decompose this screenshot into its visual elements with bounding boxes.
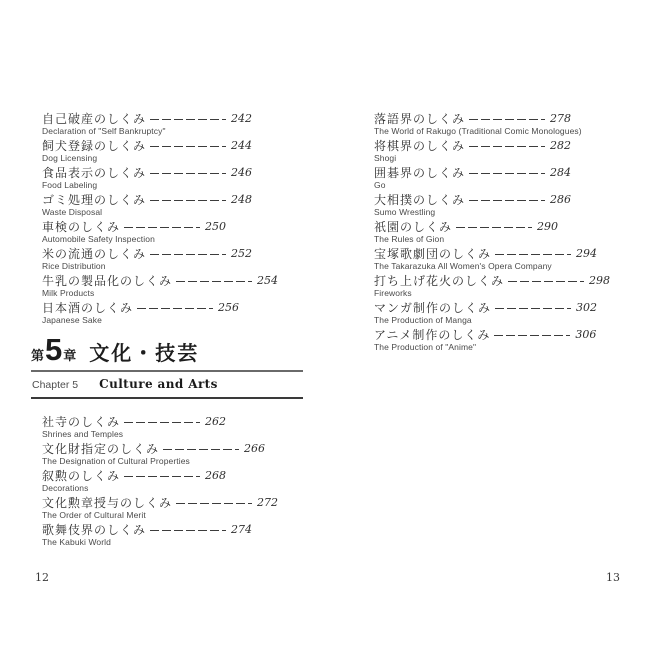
dash-leader	[469, 119, 545, 120]
entry-page-number: 254	[257, 274, 278, 287]
toc-entry: 米の流通のしくみ 252 Rice Distribution	[42, 246, 310, 271]
toc-entry: 牛乳の製品化のしくみ 254 Milk Products	[42, 273, 310, 298]
entry-page-number: 306	[575, 328, 596, 341]
entry-title-ja: 自己破産のしくみ	[42, 110, 146, 127]
toc-entry-line: 文化勲章授与のしくみ 272	[42, 495, 310, 510]
toc-entry: アニメ制作のしくみ 306 The Production of "Anime"	[374, 327, 642, 352]
entry-page-number: 256	[218, 301, 239, 314]
entry-subtitle-en: The Rules of Gion	[374, 234, 642, 244]
dash-leader	[137, 308, 213, 309]
entry-page-number: 278	[550, 112, 571, 125]
toc-entry: 祇園のしくみ 290 The Rules of Gion	[374, 219, 642, 244]
entry-subtitle-en: The Production of "Anime"	[374, 342, 642, 352]
entry-subtitle-en: Fireworks	[374, 288, 642, 298]
entry-subtitle-en: The Order of Cultural Merit	[42, 510, 310, 520]
entry-page-number: 244	[231, 139, 252, 152]
entry-title-ja: 大相撲のしくみ	[374, 191, 465, 208]
dash-leader	[150, 146, 226, 147]
toc-section-left-top: 自己破産のしくみ 242 Declaration of "Self Bankru…	[42, 111, 310, 327]
entry-page-number: 290	[537, 220, 558, 233]
entry-title-ja: マンガ制作のしくみ	[374, 299, 491, 316]
toc-entry: 大相撲のしくみ 286 Sumo Wrestling	[374, 192, 642, 217]
dash-leader	[469, 173, 545, 174]
entry-page-number: 262	[205, 415, 226, 428]
chapter-title-en: Culture and Arts	[99, 377, 218, 391]
toc-entry: 食品表示のしくみ 246 Food Labeling	[42, 165, 310, 190]
toc-entry: 宝塚歌劇団のしくみ 294 The Takarazuka All Women's…	[374, 246, 642, 271]
dash-leader	[508, 281, 584, 282]
toc-entry-line: マンガ制作のしくみ 302	[374, 300, 642, 315]
chapter-subtitle-row: Chapter 5 Culture and Arts	[31, 372, 303, 397]
toc-entry: ゴミ処理のしくみ 248 Waste Disposal	[42, 192, 310, 217]
entry-subtitle-en: The Designation of Cultural Properties	[42, 456, 310, 466]
entry-page-number: 272	[257, 496, 278, 509]
chapter-number: 5	[45, 334, 62, 365]
entry-title-ja: 囲碁界のしくみ	[374, 164, 465, 181]
entry-title-ja: 食品表示のしくみ	[42, 164, 146, 181]
toc-entry-line: 牛乳の製品化のしくみ 254	[42, 273, 310, 288]
entry-page-number: 274	[231, 523, 252, 536]
dash-leader	[150, 530, 226, 531]
toc-entry-line: 日本酒のしくみ 256	[42, 300, 310, 315]
entry-subtitle-en: Sumo Wrestling	[374, 207, 642, 217]
entry-page-number: 286	[550, 193, 571, 206]
entry-subtitle-en: Shogi	[374, 153, 642, 163]
entry-page-number: 250	[205, 220, 226, 233]
toc-entry-line: 米の流通のしくみ 252	[42, 246, 310, 261]
chapter-title-ja-row: 第 5 章 文化・技芸	[31, 334, 303, 370]
dash-leader	[124, 227, 200, 228]
toc-entry-line: 将棋界のしくみ 282	[374, 138, 642, 153]
toc-entry: 落語界のしくみ 278 The World of Rakugo (Traditi…	[374, 111, 642, 136]
entry-subtitle-en: Automobile Safety Inspection	[42, 234, 310, 244]
entry-page-number: 268	[205, 469, 226, 482]
toc-entry-line: 落語界のしくみ 278	[374, 111, 642, 126]
toc-entry: 飼犬登録のしくみ 244 Dog Licensing	[42, 138, 310, 163]
dash-leader	[150, 254, 226, 255]
entry-title-ja: 社寺のしくみ	[42, 413, 120, 430]
dash-leader	[124, 476, 200, 477]
entry-subtitle-en: Dog Licensing	[42, 153, 310, 163]
entry-page-number: 282	[550, 139, 571, 152]
toc-entry: 文化財指定のしくみ 266 The Designation of Cultura…	[42, 441, 310, 466]
entry-page-number: 302	[576, 301, 597, 314]
toc-entry-line: ゴミ処理のしくみ 248	[42, 192, 310, 207]
entry-subtitle-en: Rice Distribution	[42, 261, 310, 271]
toc-entry-line: 食品表示のしくみ 246	[42, 165, 310, 180]
book-toc-spread: 自己破産のしくみ 242 Declaration of "Self Bankru…	[0, 0, 650, 650]
toc-entry-line: 宝塚歌劇団のしくみ 294	[374, 246, 642, 261]
toc-entry-line: 囲碁界のしくみ 284	[374, 165, 642, 180]
toc-section-left-bottom: 社寺のしくみ 262 Shrines and Temples 文化財指定のしくみ…	[42, 414, 310, 549]
entry-subtitle-en: Japanese Sake	[42, 315, 310, 325]
toc-entry: 打ち上げ花火のしくみ 298 Fireworks	[374, 273, 642, 298]
toc-entry: 文化勲章授与のしくみ 272 The Order of Cultural Mer…	[42, 495, 310, 520]
toc-entry: 歌舞伎界のしくみ 274 The Kabuki World	[42, 522, 310, 547]
page-number-right: 13	[606, 571, 620, 584]
toc-entry-line: 車検のしくみ 250	[42, 219, 310, 234]
entry-subtitle-en: Milk Products	[42, 288, 310, 298]
chapter-label-en: Chapter 5	[32, 379, 78, 391]
toc-entry-line: 飼犬登録のしくみ 244	[42, 138, 310, 153]
toc-entry-line: 社寺のしくみ 262	[42, 414, 310, 429]
dash-leader	[124, 422, 200, 423]
entry-subtitle-en: The Kabuki World	[42, 537, 310, 547]
toc-section-right: 落語界のしくみ 278 The World of Rakugo (Traditi…	[374, 111, 642, 354]
toc-entry-line: 祇園のしくみ 290	[374, 219, 642, 234]
entry-title-ja: 打ち上げ花火のしくみ	[374, 272, 504, 289]
toc-entry-line: アニメ制作のしくみ 306	[374, 327, 642, 342]
entry-subtitle-en: Waste Disposal	[42, 207, 310, 217]
toc-entry: 将棋界のしくみ 282 Shogi	[374, 138, 642, 163]
chapter-title-text: 文化・技芸	[89, 337, 199, 366]
entry-subtitle-en: The Production of Manga	[374, 315, 642, 325]
toc-entry: マンガ制作のしくみ 302 The Production of Manga	[374, 300, 642, 325]
entry-page-number: 294	[576, 247, 597, 260]
entry-title-ja: 車検のしくみ	[42, 218, 120, 235]
entry-title-ja: 米の流通のしくみ	[42, 245, 146, 262]
dash-leader	[163, 449, 239, 450]
entry-subtitle-en: Decorations	[42, 483, 310, 493]
toc-entry-line: 歌舞伎界のしくみ 274	[42, 522, 310, 537]
dash-leader	[176, 503, 252, 504]
entry-title-ja: 牛乳の製品化のしくみ	[42, 272, 172, 289]
entry-title-ja: アニメ制作のしくみ	[374, 326, 490, 343]
chapter-suffix: 章	[63, 345, 76, 364]
dash-leader	[469, 146, 545, 147]
toc-entry: 囲碁界のしくみ 284 Go	[374, 165, 642, 190]
entry-title-ja: 飼犬登録のしくみ	[42, 137, 146, 154]
entry-title-ja: 文化財指定のしくみ	[42, 440, 159, 457]
entry-subtitle-en: The World of Rakugo (Traditional Comic M…	[374, 126, 642, 136]
toc-entry-line: 文化財指定のしくみ 266	[42, 441, 310, 456]
toc-entry: 日本酒のしくみ 256 Japanese Sake	[42, 300, 310, 325]
toc-entry-line: 大相撲のしくみ 286	[374, 192, 642, 207]
entry-title-ja: 歌舞伎界のしくみ	[42, 521, 146, 538]
toc-entry: 自己破産のしくみ 242 Declaration of "Self Bankru…	[42, 111, 310, 136]
entry-page-number: 246	[231, 166, 252, 179]
entry-subtitle-en: Shrines and Temples	[42, 429, 310, 439]
divider-line-bottom	[31, 397, 303, 400]
dash-leader	[495, 308, 571, 309]
entry-title-ja: 文化勲章授与のしくみ	[42, 494, 172, 511]
toc-entry: 社寺のしくみ 262 Shrines and Temples	[42, 414, 310, 439]
toc-entry-line: 打ち上げ花火のしくみ 298	[374, 273, 642, 288]
entry-page-number: 252	[231, 247, 252, 260]
entry-title-ja: 宝塚歌劇団のしくみ	[374, 245, 491, 262]
entry-title-ja: ゴミ処理のしくみ	[42, 191, 146, 208]
toc-entry: 叙勲のしくみ 268 Decorations	[42, 468, 310, 493]
entry-title-ja: 祇園のしくみ	[374, 218, 452, 235]
toc-entry-line: 叙勲のしくみ 268	[42, 468, 310, 483]
dash-leader	[494, 335, 570, 336]
entry-subtitle-en: The Takarazuka All Women's Opera Company	[374, 261, 642, 271]
entry-page-number: 242	[231, 112, 252, 125]
entry-subtitle-en: Food Labeling	[42, 180, 310, 190]
dash-leader	[469, 200, 545, 201]
dash-leader	[176, 281, 252, 282]
dash-leader	[456, 227, 532, 228]
toc-entry: 車検のしくみ 250 Automobile Safety Inspection	[42, 219, 310, 244]
entry-page-number: 266	[244, 442, 265, 455]
entry-page-number: 298	[589, 274, 610, 287]
entry-subtitle-en: Go	[374, 180, 642, 190]
entry-subtitle-en: Declaration of "Self Bankruptcy"	[42, 126, 310, 136]
chapter-prefix: 第	[31, 345, 44, 364]
entry-page-number: 248	[231, 193, 252, 206]
toc-entry-line: 自己破産のしくみ 242	[42, 111, 310, 126]
entry-title-ja: 落語界のしくみ	[374, 110, 465, 127]
dash-leader	[495, 254, 571, 255]
dash-leader	[150, 200, 226, 201]
entry-title-ja: 叙勲のしくみ	[42, 467, 120, 484]
dash-leader	[150, 173, 226, 174]
chapter-header: 第 5 章 文化・技芸 Chapter 5 Culture and Arts	[31, 334, 303, 399]
page-number-left: 12	[35, 571, 49, 584]
entry-page-number: 284	[550, 166, 571, 179]
entry-title-ja: 将棋界のしくみ	[374, 137, 465, 154]
dash-leader	[150, 119, 226, 120]
entry-title-ja: 日本酒のしくみ	[42, 299, 133, 316]
